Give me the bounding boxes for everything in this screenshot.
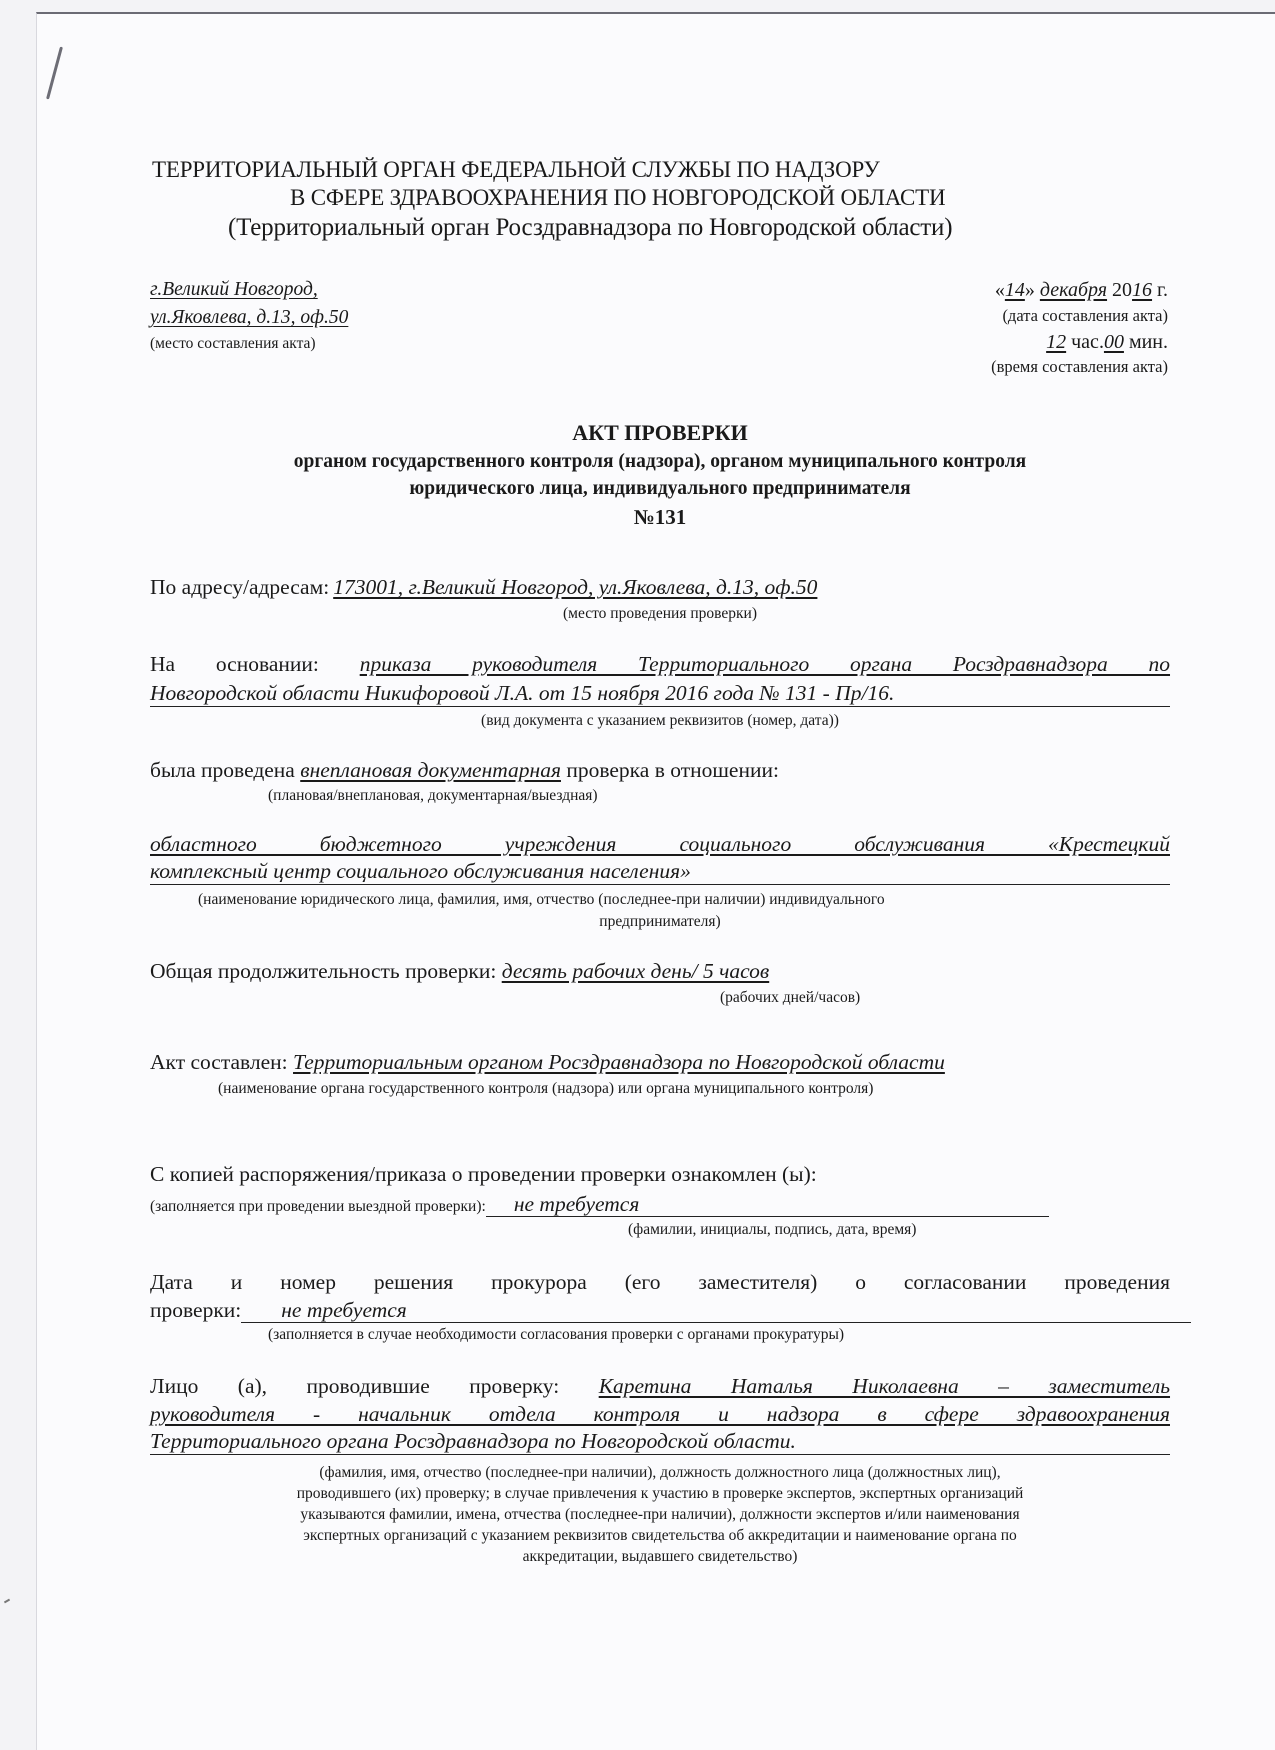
prosecutor-value: не требуется xyxy=(241,1298,1191,1323)
date-close-quote: » xyxy=(1025,279,1035,301)
act-time: 12 час.00 мин. xyxy=(1046,328,1168,356)
inspectors-value-line1: Каретина Наталья Николаевна – заместител… xyxy=(599,1374,1170,1398)
basis-line1: На основании: приказа руководителя Терри… xyxy=(150,650,1170,678)
inspection-type-label: была проведена xyxy=(150,758,295,782)
inspection-address-caption: (место проведения проверки) xyxy=(150,604,1170,624)
place-address: ул.Яковлева, д.13, оф.50 xyxy=(150,304,348,332)
compiled-by-caption: (наименование органа государственного ко… xyxy=(218,1079,873,1099)
duration-value: десять рабочих день/ 5 часов xyxy=(502,959,769,983)
prosecutor-label-line2: проверки: xyxy=(150,1298,241,1322)
basis-value-line1: приказа руководителя Территориального ор… xyxy=(360,652,1170,676)
org-header-line1: ТЕРРИТОРИАЛЬНЫЙ ОРГАН ФЕДЕРАЛЬНОЙ СЛУЖБЫ… xyxy=(152,155,880,185)
order-copy-label: С копией распоряжения/приказа о проведен… xyxy=(150,1160,817,1188)
time-hours-unit: час. xyxy=(1071,331,1104,353)
inspectors-caption-line: аккредитации, выдавшего свидетельство) xyxy=(150,1546,1170,1567)
prosecutor-label-line1: Дата и номер решения прокурора (его заме… xyxy=(150,1268,1170,1296)
inspection-type-row: была проведена внеплановая документарная… xyxy=(150,756,779,784)
order-copy-value: не требуется xyxy=(486,1192,1049,1217)
basis-label: На основании: xyxy=(150,652,319,676)
entity-value-line2: комплексный центр социального обслуживан… xyxy=(150,858,1170,885)
order-copy-sublabel: (заполняется при проведении выездной про… xyxy=(150,1198,486,1215)
inspection-address-label: По адресу/адресам: xyxy=(150,575,329,599)
date-month: декабря xyxy=(1040,279,1107,301)
act-subtitle-1: органом государственного контроля (надзо… xyxy=(150,451,1170,473)
prosecutor-caption: (заполняется в случае необходимости согл… xyxy=(268,1325,844,1345)
place-city: г.Великий Новгород, xyxy=(150,276,318,304)
inspection-address-value: 173001, г.Великий Новгород, ул.Яковлева,… xyxy=(329,575,817,599)
date-open-quote: « xyxy=(995,279,1005,301)
duration-caption: (рабочих дней/часов) xyxy=(720,988,860,1008)
date-day: 14 xyxy=(1005,279,1025,301)
entity-value-line1: областного бюджетного учреждения социаль… xyxy=(150,830,1170,858)
date-caption: (дата составления акта) xyxy=(1002,306,1168,326)
org-header-line2: В СФЕРЕ ЗДРАВООХРАНЕНИЯ ПО НОВГОРОДСКОЙ … xyxy=(290,183,945,213)
entity-caption-line2: предпринимателя) xyxy=(150,912,1170,932)
inspection-address-row: По адресу/адресам:173001, г.Великий Новг… xyxy=(150,573,817,601)
compiled-by-label: Акт составлен: xyxy=(150,1050,288,1074)
inspection-type-value: внеплановая документарная xyxy=(300,758,561,782)
inspectors-line1: Лицо (а), проводившие проверку: Каретина… xyxy=(150,1372,1170,1400)
duration-row: Общая продолжительность проверки: десять… xyxy=(150,957,769,985)
inspectors-value-line2: руководителя - начальник отдела контроля… xyxy=(150,1400,1170,1428)
inspectors-caption-line: экспертных организаций с указанием рекви… xyxy=(150,1525,1170,1546)
act-number: №131 xyxy=(150,505,1170,530)
duration-label: Общая продолжительность проверки: xyxy=(150,959,496,983)
scan-mark xyxy=(4,1599,10,1604)
inspection-type-caption: (плановая/внеплановая, документарная/вые… xyxy=(268,786,598,806)
inspectors-value-line3: Территориального органа Росздравнадзора … xyxy=(150,1428,1170,1455)
time-hours: 12 xyxy=(1046,331,1066,353)
inspectors-caption: (фамилия, имя, отчество (последнее-при н… xyxy=(150,1462,1170,1567)
act-subtitle-2: юридического лица, индивидуального предп… xyxy=(150,478,1170,500)
inspectors-label: Лицо (а), проводившие проверку: xyxy=(150,1374,559,1398)
time-caption: (время составления акта) xyxy=(991,357,1168,377)
inspectors-caption-line: проводившего (их) проверку; в случае при… xyxy=(150,1483,1170,1504)
compiled-by-row: Акт составлен: Территориальным органом Р… xyxy=(150,1048,945,1076)
inspectors-caption-line: указываются фамилии, имена, отчества (по… xyxy=(150,1504,1170,1525)
prosecutor-row: проверки:не требуется xyxy=(150,1296,1170,1324)
entity-caption-line1: (наименование юридического лица, фамилия… xyxy=(198,890,885,910)
inspection-type-label-after: проверка в отношении: xyxy=(566,758,779,782)
date-year-suffix: 16 xyxy=(1132,279,1152,301)
org-header-line3: (Территориальный орган Росздравнадзора п… xyxy=(228,213,952,243)
time-minutes: 00 xyxy=(1104,331,1124,353)
order-copy-row: (заполняется при проведении выездной про… xyxy=(150,1192,1170,1217)
act-title: АКТ ПРОВЕРКИ xyxy=(150,420,1170,446)
basis-value-line2: Новгородской области Никифоровой Л.А. от… xyxy=(150,680,1170,707)
act-date: «14» декабря 2016 г. xyxy=(995,276,1168,304)
basis-caption: (вид документа с указанием реквизитов (н… xyxy=(150,711,1170,731)
time-minutes-unit: мин. xyxy=(1129,331,1168,353)
date-year-unit: г. xyxy=(1157,279,1168,301)
inspectors-caption-line: (фамилия, имя, отчество (последнее-при н… xyxy=(150,1462,1170,1483)
compiled-by-value: Территориальным органом Росздравнадзора … xyxy=(293,1050,945,1074)
place-caption: (место составления акта) xyxy=(150,334,316,354)
order-copy-caption: (фамилии, инициалы, подпись, дата, время… xyxy=(628,1220,916,1240)
date-year-prefix: 20 xyxy=(1112,279,1132,301)
